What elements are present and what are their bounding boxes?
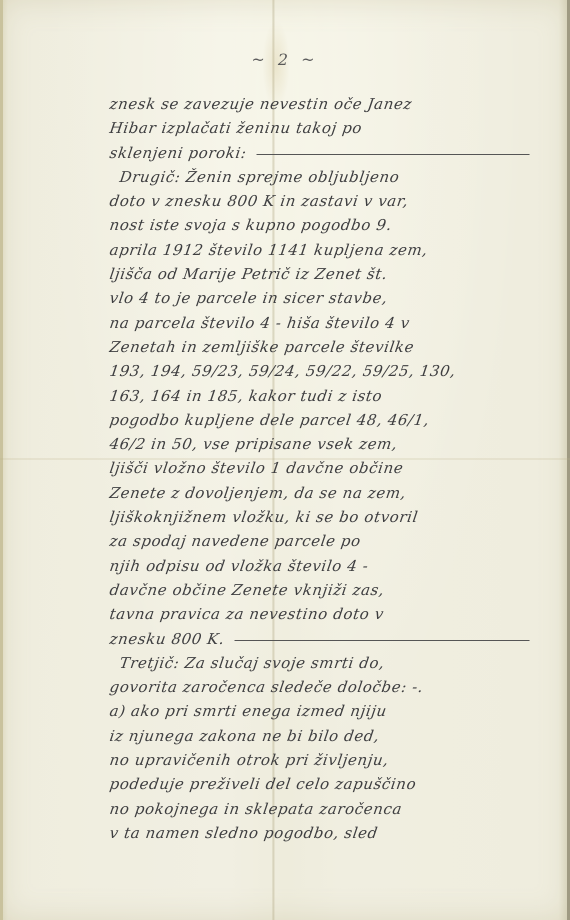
text-line-content: no upravičenih otrok pri življenju, bbox=[108, 751, 389, 769]
line-filler-rule bbox=[256, 153, 529, 154]
text-line-content: ljišči vložno število 1 davčne občine bbox=[108, 459, 404, 477]
text-line: aprila 1912 število 1141 kupljena zem, bbox=[108, 238, 551, 262]
text-line-content: 193, 194, 59/23, 59/24, 59/22, 59/25, 13… bbox=[108, 362, 457, 380]
text-line-content: no pokojnega in sklepata zaročenca bbox=[108, 800, 403, 818]
text-line-content: nost iste svoja s kupno pogodbo 9. bbox=[108, 216, 393, 234]
text-line-content: znesku 800 K. bbox=[108, 630, 225, 648]
document-page: ~ 2 ~ znesk se zavezuje nevestin oče Jan… bbox=[0, 0, 570, 920]
paper-edge-left bbox=[0, 0, 3, 920]
text-line-content: Zenetah in zemljiške parcele številke bbox=[108, 338, 415, 356]
text-line: a) ako pri smrti enega izmed njiju bbox=[108, 699, 551, 723]
text-line-content: davčne občine Zenete vknjiži zas, bbox=[108, 581, 385, 599]
text-line: ljiškoknjižnem vložku, ki se bo otvoril bbox=[108, 505, 551, 529]
text-line: govorita zaročenca sledeče določbe: -. bbox=[108, 675, 551, 699]
text-line: znesku 800 K. bbox=[108, 627, 551, 651]
text-line: Tretjič: Za slučaj svoje smrti do, bbox=[108, 651, 551, 675]
text-line-content: znesk se zavezuje nevestin oče Janez bbox=[108, 95, 413, 113]
text-line-content: ljiškoknjižnem vložku, ki se bo otvoril bbox=[108, 508, 419, 526]
text-line-content: Tretjič: Za slučaj svoje smrti do, bbox=[118, 654, 385, 672]
text-line: 163, 164 in 185, kakor tudi z isto bbox=[108, 384, 551, 408]
text-line: za spodaj navedene parcele po bbox=[108, 529, 551, 553]
text-line-content: njih odpisu od vložka število 4 - bbox=[108, 557, 369, 575]
line-filler-rule bbox=[234, 639, 529, 640]
text-line-content: Zenete z dovoljenjem, da se na zem, bbox=[108, 484, 407, 502]
text-line-content: vlo 4 to je parcele in sicer stavbe, bbox=[108, 289, 388, 307]
text-line: davčne občine Zenete vknjiži zas, bbox=[108, 578, 551, 602]
text-line: 46/2 in 50, vse pripisane vsek zem, bbox=[108, 432, 551, 456]
text-line-content: na parcela število 4 - hiša število 4 v bbox=[108, 314, 411, 332]
text-line-content: v ta namen sledno pogodbo, sled bbox=[108, 824, 379, 842]
text-line: tavna pravica za nevestino doto v bbox=[108, 602, 551, 626]
text-line-content: doto v znesku 800 K in zastavi v var, bbox=[108, 192, 409, 210]
text-line-content: sklenjeni poroki: bbox=[108, 144, 247, 162]
text-line: ljišča od Marije Petrič iz Zenet št. bbox=[108, 262, 551, 286]
text-line: 193, 194, 59/23, 59/24, 59/22, 59/25, 13… bbox=[108, 359, 551, 383]
text-line: vlo 4 to je parcele in sicer stavbe, bbox=[108, 286, 551, 310]
text-line: pogodbo kupljene dele parcel 48, 46/1, bbox=[108, 408, 551, 432]
text-line: Zenetah in zemljiške parcele številke bbox=[108, 335, 551, 359]
page-number: ~ 2 ~ bbox=[0, 50, 570, 69]
text-line-content: 46/2 in 50, vse pripisane vsek zem, bbox=[108, 435, 398, 453]
text-line: njih odpisu od vložka število 4 - bbox=[108, 554, 551, 578]
text-line-content: podeduje preživeli del celo zapuščino bbox=[108, 775, 417, 793]
text-line: no pokojnega in sklepata zaročenca bbox=[108, 797, 551, 821]
text-line-content: tavna pravica za nevestino doto v bbox=[108, 605, 385, 623]
text-line: sklenjeni poroki: bbox=[108, 141, 551, 165]
text-line-content: aprila 1912 število 1141 kupljena zem, bbox=[108, 241, 429, 259]
text-line-content: ljišča od Marije Petrič iz Zenet št. bbox=[108, 265, 388, 283]
text-line-content: a) ako pri smrti enega izmed njiju bbox=[108, 702, 388, 720]
text-line-content: govorita zaročenca sledeče določbe: -. bbox=[108, 678, 424, 696]
text-line: podeduje preživeli del celo zapuščino bbox=[108, 772, 551, 796]
text-line-content: za spodaj navedene parcele po bbox=[108, 532, 362, 550]
text-line-content: Drugič: Ženin sprejme obljubljeno bbox=[118, 168, 400, 186]
text-line: nost iste svoja s kupno pogodbo 9. bbox=[108, 213, 551, 237]
text-line: Zenete z dovoljenjem, da se na zem, bbox=[108, 481, 551, 505]
handwritten-text-block: znesk se zavezuje nevestin oče JanezHiba… bbox=[108, 92, 548, 845]
text-line: na parcela število 4 - hiša število 4 v bbox=[108, 311, 551, 335]
text-line-content: iz njunega zakona ne bi bilo ded, bbox=[108, 727, 380, 745]
text-line: ljišči vložno število 1 davčne občine bbox=[108, 456, 551, 480]
text-line: iz njunega zakona ne bi bilo ded, bbox=[108, 724, 551, 748]
text-line: Hibar izplačati ženinu takoj po bbox=[108, 116, 551, 140]
text-line: znesk se zavezuje nevestin oče Janez bbox=[108, 92, 551, 116]
text-line-content: pogodbo kupljene dele parcel 48, 46/1, bbox=[108, 411, 430, 429]
text-line: v ta namen sledno pogodbo, sled bbox=[108, 821, 551, 845]
text-line: doto v znesku 800 K in zastavi v var, bbox=[108, 189, 551, 213]
text-line: Drugič: Ženin sprejme obljubljeno bbox=[108, 165, 551, 189]
text-line: no upravičenih otrok pri življenju, bbox=[108, 748, 551, 772]
text-line-content: Hibar izplačati ženinu takoj po bbox=[108, 119, 363, 137]
text-line-content: 163, 164 in 185, kakor tudi z isto bbox=[108, 387, 383, 405]
